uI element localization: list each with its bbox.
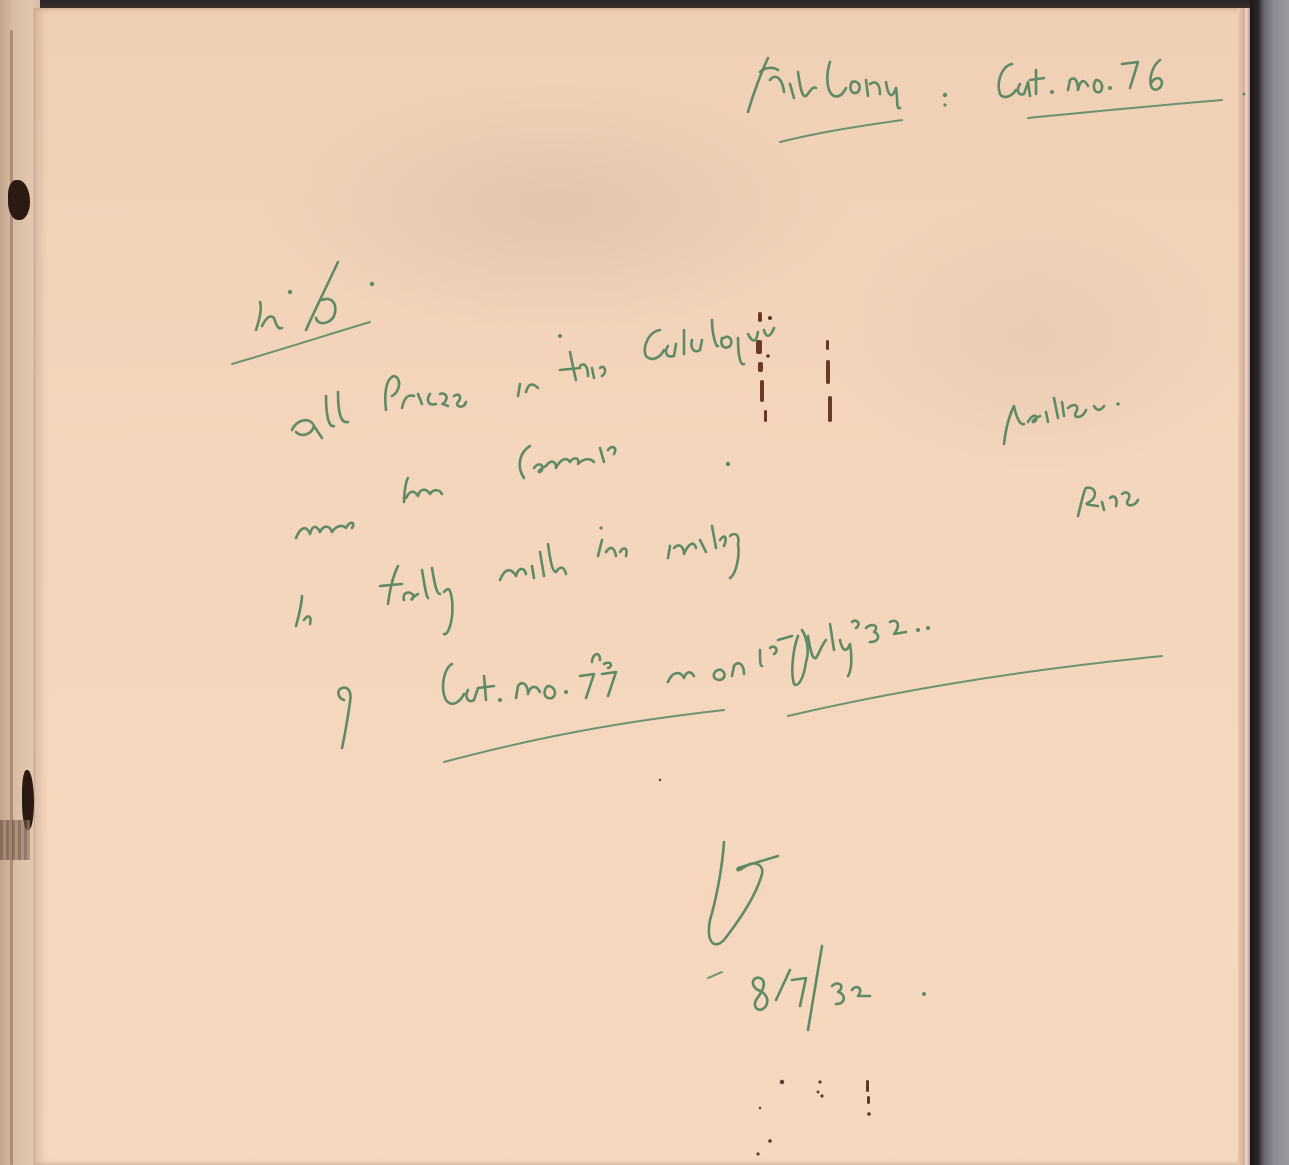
body-line-3 [296, 488, 1138, 634]
paper-specks [659, 779, 871, 1156]
body-line-1 [292, 320, 774, 438]
body-line-4 [338, 621, 1162, 762]
staple-rust-marks [756, 312, 832, 422]
header-note [748, 58, 1246, 142]
signature-date [708, 946, 926, 1030]
nb-label [232, 262, 374, 364]
handwriting-layer [0, 0, 1289, 1165]
body-line-2 [296, 398, 1120, 538]
signature [709, 842, 778, 944]
